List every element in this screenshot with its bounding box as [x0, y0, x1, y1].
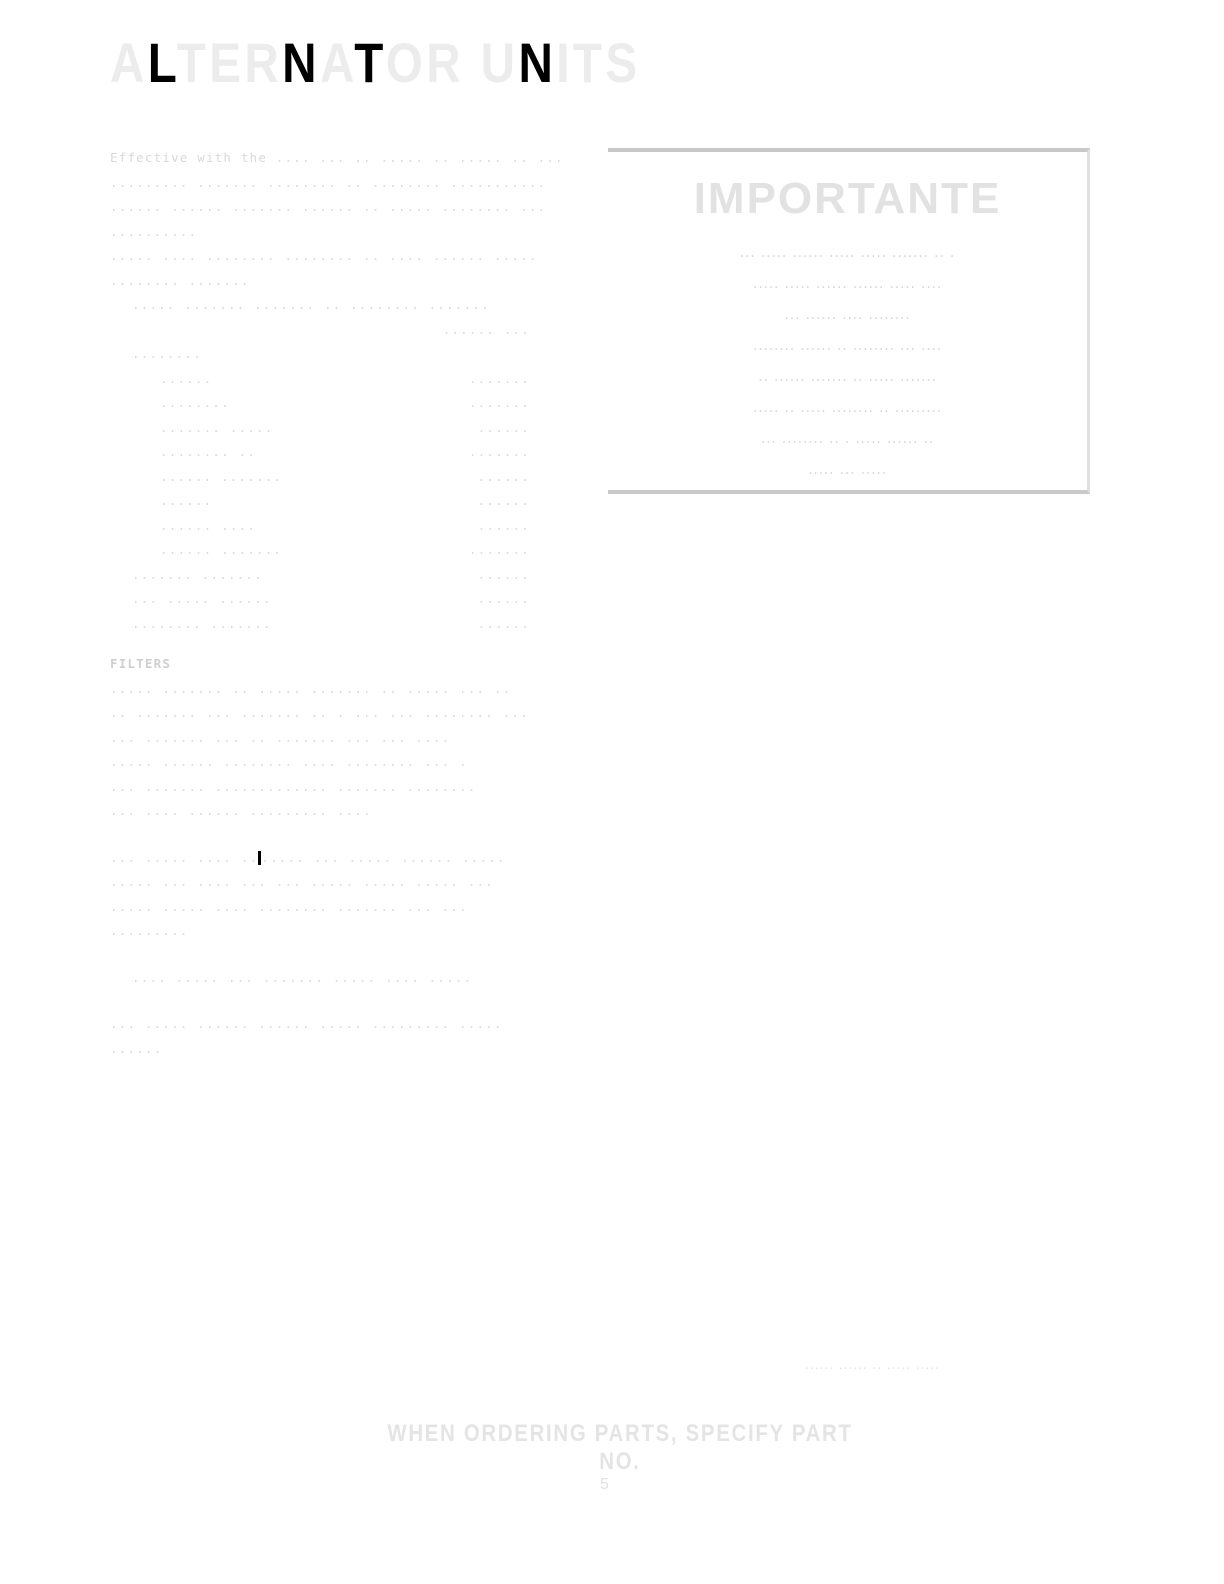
intro-paragraph: Effective with the .... ... .. ..... .. … — [110, 146, 580, 293]
spec-row: ........ ......... — [110, 440, 580, 465]
spec-value: ...... — [478, 587, 580, 612]
note-2: ... ..... ...... ...... ..... ......... … — [110, 1012, 580, 1061]
spec-table: ................................... ....… — [110, 367, 580, 563]
spec-value: ....... — [469, 391, 580, 416]
spec-label: ...... — [160, 489, 212, 514]
text-line: ... .... ...... ......... .... — [110, 799, 580, 824]
spec-intro-value: ...... ... — [443, 318, 580, 343]
spec-row: ....... ............. — [110, 563, 580, 588]
spec-label: ...... ....... — [160, 538, 282, 563]
text-line: ......... — [110, 919, 580, 944]
title-letter: T — [573, 31, 605, 94]
title-letter: L — [148, 31, 177, 94]
spec-row: ....... ........... — [110, 416, 580, 441]
text-line: ... ..... ...... ...... ..... ......... … — [110, 1012, 580, 1037]
spec-row: ............... — [110, 391, 580, 416]
notice-line: ... ...... .... ........ — [634, 300, 1061, 331]
ordering-instruction: WHEN ORDERING PARTS, SPECIFY PART NO. — [382, 1420, 858, 1476]
spec-row: ........ ............. — [110, 612, 580, 637]
spec-label: ... ..... ...... — [132, 587, 272, 612]
ink-mark — [258, 851, 261, 865]
text-line: ...... ...... ....... ...... .. ..... ..… — [110, 195, 580, 220]
text-line: ... ....... ............. ....... ......… — [110, 775, 580, 800]
title-letter: I — [556, 31, 573, 94]
spec-label: ....... ..... — [160, 416, 273, 441]
spec-intro-value-row: ...... ... — [110, 318, 580, 343]
spec-tail: ....... ................ ..... .........… — [110, 563, 580, 637]
spec-label: ....... ....... — [132, 563, 263, 588]
left-column: Effective with the .... ... .. ..... .. … — [110, 146, 580, 1061]
spec-value: ....... — [469, 538, 580, 563]
page-title: ALTERNATOR UNITS — [110, 30, 641, 95]
page-number: 5 — [600, 1476, 609, 1494]
spec-group-label: ........ — [110, 342, 580, 367]
spec-intro: ..... ....... ....... .. ........ ......… — [110, 293, 580, 318]
notice-line: ..... ..... ...... ...... ..... .... — [634, 269, 1061, 300]
text-line: ..... .... ........ ........ .. .... ...… — [110, 244, 580, 269]
important-notice-box: IMPORTANTE ... ..... ...... ..... ..... … — [608, 148, 1090, 494]
notice-title: IMPORTANTE — [608, 174, 1087, 224]
spec-value: ...... — [478, 563, 580, 588]
title-letter: N — [518, 31, 556, 94]
spec-row: ...... .............. — [110, 538, 580, 563]
paragraph-2: ... ..... .... ....... ... ..... ...... … — [110, 846, 580, 944]
spec-row: ............ — [110, 489, 580, 514]
spec-label: ........ ....... — [132, 612, 272, 637]
notice-line: ... ........ .. . ..... ...... .. — [634, 424, 1061, 455]
title-letter: E — [209, 31, 244, 94]
notice-body: ... ..... ...... ..... ..... ....... .. … — [608, 224, 1087, 486]
spec-label: ...... ....... — [160, 465, 282, 490]
filters-paragraph: ..... ....... .. ..... ....... .. ..... … — [110, 677, 580, 824]
title-letter: T — [354, 31, 386, 94]
title-letter: A — [110, 31, 148, 94]
notice-line: ..... ... ..... — [634, 455, 1061, 486]
spec-value: ...... — [478, 612, 580, 637]
text-line: ..... ...... ........ .... ........ ... … — [110, 750, 580, 775]
text-line: ..... ..... .... ........ ....... ... ..… — [110, 895, 580, 920]
spec-value: ...... — [478, 416, 580, 441]
title-letter: T — [177, 31, 209, 94]
text-line: ... ..... .... ....... ... ..... ...... … — [110, 846, 580, 871]
title-letter: U — [481, 31, 519, 94]
notice-line: ..... .. ..... ........ .. ......... — [634, 393, 1061, 424]
spec-row: ............. — [110, 367, 580, 392]
spec-intro-label: ..... ....... ....... .. ........ ......… — [132, 293, 490, 318]
spec-label: ...... — [160, 367, 212, 392]
spec-value: ....... — [469, 367, 580, 392]
notice-line: ... ..... ...... ..... ..... ....... .. … — [634, 238, 1061, 269]
spec-label: ........ .. — [160, 440, 256, 465]
text-line: Effective with the .... ... .. ..... .. … — [110, 146, 580, 171]
spec-value: ...... — [478, 489, 580, 514]
text-line: ......... ....... ........ .. ........ .… — [110, 171, 580, 196]
text-line: ..... ....... .. ..... ....... .. ..... … — [110, 677, 580, 702]
title-letter: R — [244, 31, 282, 94]
spec-value: ....... — [469, 440, 580, 465]
title-letter: A — [320, 31, 354, 94]
text-line: ........ ....... — [110, 269, 580, 294]
note-1: .... ..... ... ....... ..... .... ..... — [110, 966, 580, 991]
spec-row: ...... .......... — [110, 514, 580, 539]
footnote: ...... ...... .. ..... ..... — [805, 1358, 940, 1372]
spec-row: ...... ............. — [110, 465, 580, 490]
spec-label: ........ — [160, 391, 230, 416]
text-line: .......... — [110, 220, 580, 245]
text-line: ...... — [110, 1037, 580, 1062]
text-line: .. ....... ... ....... .. . ... ... ....… — [110, 701, 580, 726]
text-line: ..... ... .... ... ... ..... ..... .....… — [110, 870, 580, 895]
title-letter: S — [605, 31, 640, 94]
spec-label: ...... .... — [160, 514, 256, 539]
text-line: ... ....... ... .. ....... ... ... .... — [110, 726, 580, 751]
title-letter — [464, 31, 481, 94]
notice-line: .. ...... ....... .. ..... ....... — [634, 362, 1061, 393]
title-letter: O — [386, 31, 426, 94]
title-letter: N — [282, 31, 320, 94]
notice-line: ........ ...... .. ........ ... .... — [634, 331, 1061, 362]
title-letter: R — [426, 31, 464, 94]
spec-value: ...... — [478, 465, 580, 490]
section-heading-filters: FILTERS — [110, 652, 580, 677]
spec-value: ...... — [478, 514, 580, 539]
spec-row: ... ..... ............ — [110, 587, 580, 612]
